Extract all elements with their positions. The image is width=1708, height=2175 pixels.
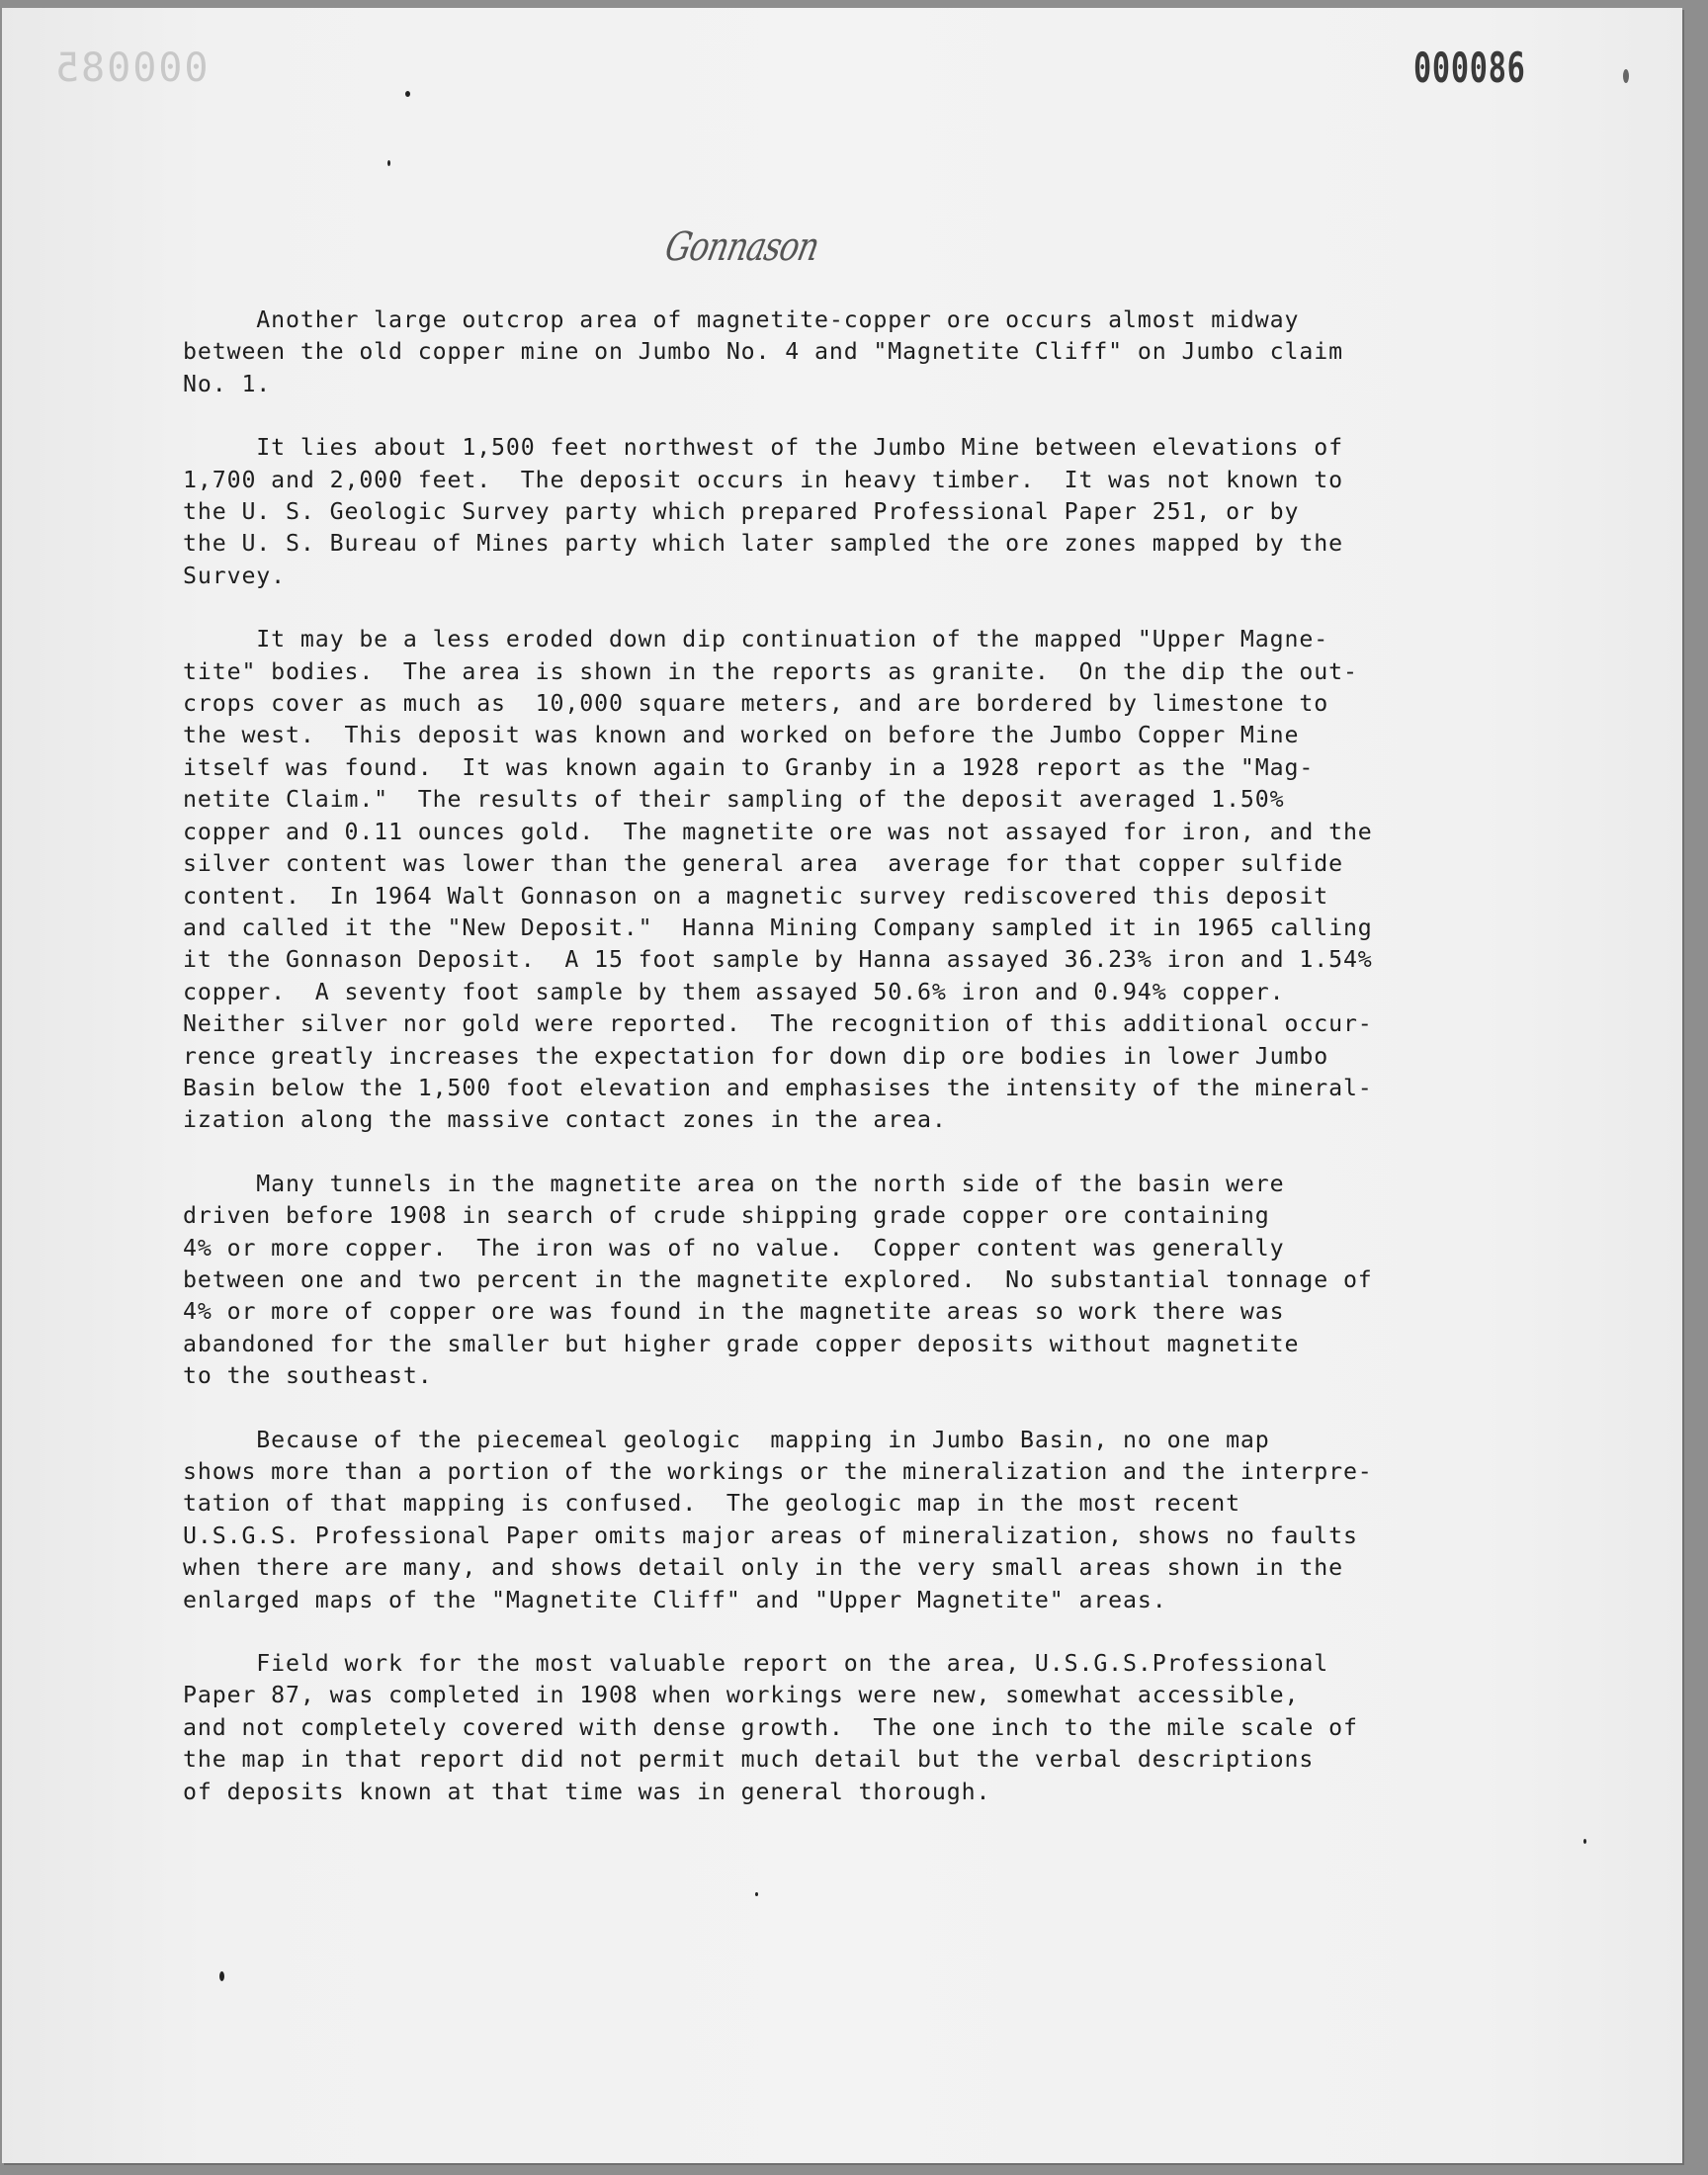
text-line: between one and two percent in the magne… xyxy=(183,1264,1537,1296)
paragraph: It lies about 1,500 feet northwest of th… xyxy=(183,432,1537,592)
text-line: tation of that mapping is confused. The … xyxy=(183,1488,1537,1520)
text-line: shows more than a portion of the working… xyxy=(183,1456,1537,1488)
text-line: crops cover as much as 10,000 square met… xyxy=(183,688,1537,720)
text-line: the U. S. Geologic Survey party which pr… xyxy=(183,496,1537,528)
text-line: Paper 87, was completed in 1908 when wor… xyxy=(183,1680,1537,1711)
text-line: it the Gonnason Deposit. A 15 foot sampl… xyxy=(183,944,1537,976)
page-number-stamp: 000086 xyxy=(1413,43,1526,92)
text-line: Field work for the most valuable report … xyxy=(183,1648,1537,1680)
text-line: itself was found. It was known again to … xyxy=(183,752,1537,784)
paragraph: Many tunnels in the magnetite area on th… xyxy=(183,1169,1537,1393)
paragraph: Another large outcrop area of magnetite-… xyxy=(183,304,1537,400)
text-line: of deposits known at that time was in ge… xyxy=(183,1777,1537,1808)
text-line: copper. A seventy foot sample by them as… xyxy=(183,977,1537,1008)
text-line: when there are many, and shows detail on… xyxy=(183,1552,1537,1584)
document-body: Another large outcrop area of magnetite-… xyxy=(183,304,1537,1840)
text-line: 4% or more copper. The iron was of no va… xyxy=(183,1233,1537,1264)
text-line: tite" bodies. The area is shown in the r… xyxy=(183,656,1537,688)
text-line: and not completely covered with dense gr… xyxy=(183,1712,1537,1744)
scan-speck xyxy=(1583,1839,1586,1844)
scan-speck xyxy=(1623,69,1629,83)
document-page: 000085 000086 Gonnason Another large out… xyxy=(2,8,1682,2163)
text-line: the west. This deposit was known and wor… xyxy=(183,720,1537,751)
text-line: driven before 1908 in search of crude sh… xyxy=(183,1200,1537,1232)
text-line: and called it the "New Deposit." Hanna M… xyxy=(183,913,1537,944)
text-line: 1,700 and 2,000 feet. The deposit occurs… xyxy=(183,465,1537,496)
handwritten-annotation: Gonnason xyxy=(661,222,823,270)
text-line: the map in that report did not permit mu… xyxy=(183,1744,1537,1776)
scan-speck xyxy=(219,1971,224,1981)
text-line: between the old copper mine on Jumbo No.… xyxy=(183,336,1537,368)
text-line: U.S.G.S. Professional Paper omits major … xyxy=(183,1521,1537,1552)
bleed-through-page-number: 000085 xyxy=(53,45,209,91)
text-line: to the southeast. xyxy=(183,1360,1537,1392)
text-line: copper and 0.11 ounces gold. The magneti… xyxy=(183,817,1537,848)
text-line: It may be a less eroded down dip continu… xyxy=(183,624,1537,655)
text-line: the U. S. Bureau of Mines party which la… xyxy=(183,528,1537,560)
text-line: Neither silver nor gold were reported. T… xyxy=(183,1008,1537,1040)
scan-speck xyxy=(405,91,410,97)
text-line: silver content was lower than the genera… xyxy=(183,848,1537,880)
text-line: content. In 1964 Walt Gonnason on a magn… xyxy=(183,881,1537,913)
text-line: enlarged maps of the "Magnetite Cliff" a… xyxy=(183,1585,1537,1616)
text-line: 4% or more of copper ore was found in th… xyxy=(183,1296,1537,1328)
text-line: Many tunnels in the magnetite area on th… xyxy=(183,1169,1537,1200)
text-line: Another large outcrop area of magnetite-… xyxy=(183,304,1537,336)
scan-speck xyxy=(755,1892,758,1896)
text-line: Because of the piecemeal geologic mappin… xyxy=(183,1425,1537,1456)
paragraph: Field work for the most valuable report … xyxy=(183,1648,1537,1808)
text-line: It lies about 1,500 feet northwest of th… xyxy=(183,432,1537,464)
text-line: ization along the massive contact zones … xyxy=(183,1104,1537,1136)
scan-speck xyxy=(387,160,390,166)
text-line: No. 1. xyxy=(183,369,1537,400)
text-line: abandoned for the smaller but higher gra… xyxy=(183,1329,1537,1360)
paragraph: Because of the piecemeal geologic mappin… xyxy=(183,1425,1537,1616)
text-line: rence greatly increases the expectation … xyxy=(183,1041,1537,1073)
text-line: Survey. xyxy=(183,561,1537,592)
text-line: netite Claim." The results of their samp… xyxy=(183,784,1537,816)
text-line: Basin below the 1,500 foot elevation and… xyxy=(183,1073,1537,1104)
paragraph: It may be a less eroded down dip continu… xyxy=(183,624,1537,1137)
